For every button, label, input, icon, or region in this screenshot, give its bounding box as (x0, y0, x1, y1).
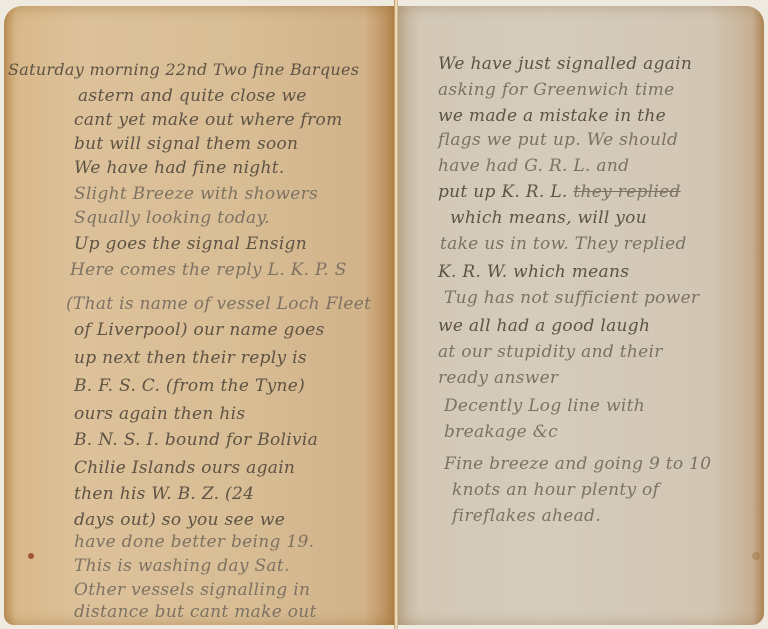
text-line: at our stupidity and their (438, 342, 663, 362)
text-line: put up K. R. L. they replied (438, 182, 681, 202)
text-line: fireflakes ahead. (452, 506, 601, 526)
text-line: Tug has not sufficient power (444, 288, 699, 308)
struck-out-text: they replied (573, 182, 680, 202)
text-line: Fine breeze and going 9 to 10 (444, 454, 711, 474)
right-page-text: We have just signalled again asking for … (0, 0, 768, 629)
text-line: knots an hour plenty of (452, 480, 659, 500)
text-line: breakage &c (444, 422, 558, 442)
text-line: flags we put up. We should (438, 130, 678, 150)
text-line: asking for Greenwich time (438, 80, 674, 100)
text-line: have had G. R. L. and (438, 156, 629, 176)
text-line: we all had a good laugh (438, 316, 650, 336)
notebook-spread: Saturday morning 22nd Two fine Barques a… (0, 0, 768, 629)
text-line: We have just signalled again (438, 54, 692, 74)
text-line: which means, will you (450, 208, 647, 228)
text-line: take us in tow. They replied (440, 234, 687, 254)
line-text: put up K. R. L. (438, 182, 568, 202)
text-line: we made a mistake in the (438, 106, 666, 126)
text-line: ready answer (438, 368, 558, 388)
text-line: K. R. W. which means (438, 262, 629, 282)
text-line: Decently Log line with (444, 396, 645, 416)
